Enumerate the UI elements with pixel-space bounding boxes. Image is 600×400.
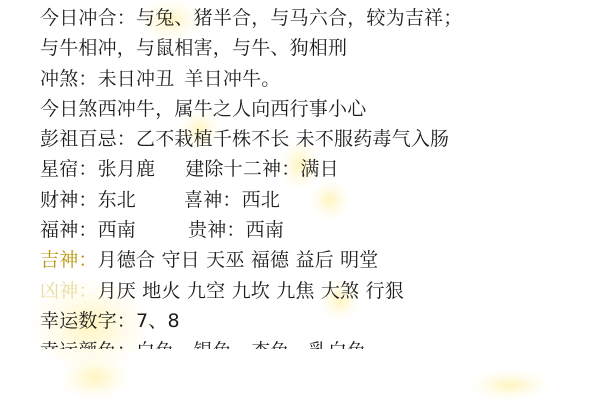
line-wealth-god: 财神：东北喜神：西北 bbox=[40, 185, 462, 215]
line-text: 未日冲丑 bbox=[98, 68, 175, 90]
line-text-2: 西北 bbox=[242, 189, 280, 211]
line-extra: 未不服药毒气入肠 bbox=[296, 128, 450, 150]
line-label-2: 建除十二神： bbox=[185, 158, 300, 180]
line-text: 今日煞西冲牛，属牛之人向西行事小心 bbox=[40, 98, 366, 120]
line-daily-compatibility: 今日冲合：与兔、猪半合，与马六合，较为吉祥； bbox=[40, 3, 462, 33]
line-clash: 冲煞：未日冲丑羊日冲牛。 bbox=[40, 64, 462, 94]
item: 九空 bbox=[187, 280, 225, 302]
item: 明堂 bbox=[340, 249, 378, 271]
line-label: 福神： bbox=[40, 219, 98, 241]
item: 益后 bbox=[295, 249, 333, 271]
item: 月德合 bbox=[98, 249, 156, 271]
line-label: 幸运颜色： bbox=[40, 340, 136, 362]
item: 天巫 bbox=[206, 249, 244, 271]
line-pengzu-taboos: 彭祖百忌：乙不栽植千株不长未不服药毒气入肠 bbox=[40, 124, 462, 154]
line-text: 东北 bbox=[98, 189, 136, 211]
line-text: 7、8 bbox=[136, 310, 180, 332]
line-label-2: 喜神： bbox=[184, 189, 242, 211]
line-extra: 羊日冲牛。 bbox=[184, 68, 280, 90]
line-daily-conflicts: 与牛相冲，与鼠相害，与牛、狗相刑 bbox=[40, 33, 462, 63]
line-auspicious-gods: 吉神：月德合 守日 天巫 福德 益后 明堂 bbox=[40, 245, 462, 275]
line-text: 张月鹿 bbox=[98, 158, 156, 180]
item: 大煞 bbox=[321, 280, 359, 302]
item: 九坎 bbox=[232, 280, 270, 302]
line-text-2: 满日 bbox=[300, 158, 338, 180]
line-text: 西南 bbox=[98, 219, 136, 241]
item: 行狠 bbox=[366, 280, 404, 302]
line-text: 与兔、猪半合，与马六合，较为吉祥； bbox=[136, 7, 462, 29]
document-page: 今日冲合：与兔、猪半合，与马六合，较为吉祥； 与牛相冲，与鼠相害，与牛、狗相刑 … bbox=[0, 0, 600, 400]
line-lucky-colors: 幸运颜色：白色、银色、杏色、乳白色 bbox=[40, 336, 462, 366]
line-label: 吉神： bbox=[40, 249, 98, 271]
line-label: 星宿： bbox=[40, 158, 98, 180]
line-clash-direction: 今日煞西冲牛，属牛之人向西行事小心 bbox=[40, 94, 462, 124]
line-text-2: 西南 bbox=[246, 219, 284, 241]
item: 九焦 bbox=[276, 280, 314, 302]
item: 福德 bbox=[251, 249, 289, 271]
line-label: 幸运数字： bbox=[40, 310, 136, 332]
item: 守日 bbox=[161, 249, 199, 271]
line-inauspicious-gods: 凶神：月厌 地火 九空 九坎 九焦 大煞 行狠 bbox=[40, 276, 462, 306]
item: 地火 bbox=[142, 280, 180, 302]
line-label: 今日冲合： bbox=[40, 7, 136, 29]
almanac-list: 今日冲合：与兔、猪半合，与马六合，较为吉祥； 与牛相冲，与鼠相害，与牛、狗相刑 … bbox=[40, 3, 462, 367]
line-text: 与牛相冲，与鼠相害，与牛、狗相刑 bbox=[40, 37, 347, 59]
line-label: 凶神： bbox=[40, 280, 98, 302]
line-fortune-god: 福神：西南贵神：西南 bbox=[40, 215, 462, 245]
line-lucky-numbers: 幸运数字：7、8 bbox=[40, 306, 462, 336]
line-text: 乙不栽植千株不长 bbox=[136, 128, 290, 150]
item: 月厌 bbox=[98, 280, 136, 302]
line-text: 白色、银色、杏色、乳白色 bbox=[136, 340, 366, 362]
line-label: 彭祖百忌： bbox=[40, 128, 136, 150]
line-constellation: 星宿：张月鹿建除十二神：满日 bbox=[40, 154, 462, 184]
line-label: 冲煞： bbox=[40, 68, 98, 90]
glare-artifact bbox=[470, 370, 550, 400]
line-label: 财神： bbox=[40, 189, 98, 211]
line-label-2: 贵神： bbox=[188, 219, 246, 241]
